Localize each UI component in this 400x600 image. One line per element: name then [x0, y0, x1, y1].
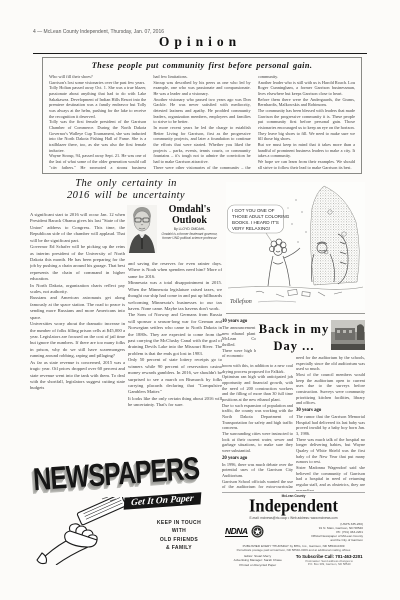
columnist-box: Omdahl's Outlook By LLOYD OMDAHL Omdahl …: [127, 205, 222, 258]
ad-tagline: KEEP IN TOUCH WITH OLD FRIENDS & FAMILY: [136, 519, 222, 552]
newspapers-ad: NEWSPAPERS Get It On Paper: [30, 455, 222, 565]
editorial-column-1: Who will fill their shoes? Garrison's lo…: [49, 74, 146, 169]
heading-30-years-ago: 30 years ago: [296, 408, 365, 413]
editorial-column-3: community. Another leader who is still w…: [258, 74, 355, 169]
editorial-column-2: had few limitations. Stroup was describe…: [153, 74, 250, 169]
history-photo: [331, 320, 365, 350]
masthead-address: (USPS 335-260) 91 N. Main, Garrison, ND …: [283, 522, 365, 543]
svg-text:BOOKS. I HEARD IT'S: BOOKS. I HEARD IT'S: [232, 220, 279, 225]
masthead-box: McLean County Independent E-mail: mcinew…: [222, 492, 365, 566]
article-column-1: A significant start to 2016 will occur J…: [30, 212, 125, 456]
column-byline: By LLOYD OMDAHL: [157, 227, 222, 231]
svg-text:VERY RELAXING!: VERY RELAXING!: [232, 226, 270, 231]
svg-text:THOSE ADULT COLORING: THOSE ADULT COLORING: [232, 214, 290, 219]
postmaster-line: Postmaster: Send address changes to P.O.…: [294, 560, 366, 567]
ndna-logo: NDNA: [225, 527, 248, 537]
masthead-staff: Editor: Stuart Merry Advertising Manager…: [222, 554, 294, 567]
section-divider: [226, 313, 365, 314]
page-title: Opinion: [0, 34, 400, 50]
masthead-periodicals-line: Periodicals postage paid at Garrison, ND…: [222, 548, 365, 552]
ndna-seal-icon: [251, 525, 264, 538]
history-column-right: need for the auditorium by the schools, …: [296, 355, 365, 491]
header-rule: [33, 53, 367, 54]
get-it-on-paper-banner: Get It On Paper: [124, 492, 201, 509]
columnist-credit: Omdahl is a former lieutenant governor, …: [157, 232, 222, 240]
column-title-line2: Outlook: [157, 216, 222, 227]
column-title-line1: Omdahl's: [157, 205, 222, 216]
history-30-text: The rumor that the Garrison Memorial Hos…: [296, 414, 365, 491]
hand-newspaper-illustration: [32, 497, 138, 565]
history-10-text: boom with this, in addition to a new coa…: [222, 363, 293, 454]
editorial-box: These people put community first before …: [42, 57, 362, 174]
history-20-text-left: In 1996, there was much debate over the …: [222, 462, 293, 491]
masthead-name: Independent: [222, 497, 365, 515]
cartoonist-signature: Tollefson: [230, 298, 252, 305]
editorial-columns: Who will fill their shoes? Garrison's lo…: [43, 70, 361, 169]
article-headline: The only certainty in 2016 will be uncer…: [30, 178, 222, 203]
columnist-portrait: [127, 205, 157, 253]
masthead-contact-line: E-mail: mcinews@rtc.coop • Web address: …: [222, 516, 365, 520]
article-column-2: and saving the reserves for even rainier…: [128, 261, 222, 456]
newspaper-page: 4 — McLean County Independent, Thursday,…: [0, 0, 400, 600]
svg-text:I GOT YOU ONE OF: I GOT YOU ONE OF: [232, 208, 275, 213]
back-in-my-day-title: Back in my Day ...: [256, 321, 332, 355]
heading-20-years-ago: 20 years ago: [222, 456, 293, 461]
newspapers-wordmark: NEWSPAPERS: [32, 448, 217, 498]
history-20-text-right: need for the auditorium by the schools, …: [296, 355, 365, 406]
editorial-title: These people put community first before …: [43, 61, 361, 70]
editorial-cartoon: I GOT YOU ONE OF THOSE ADULT COLORING BO…: [226, 182, 365, 310]
